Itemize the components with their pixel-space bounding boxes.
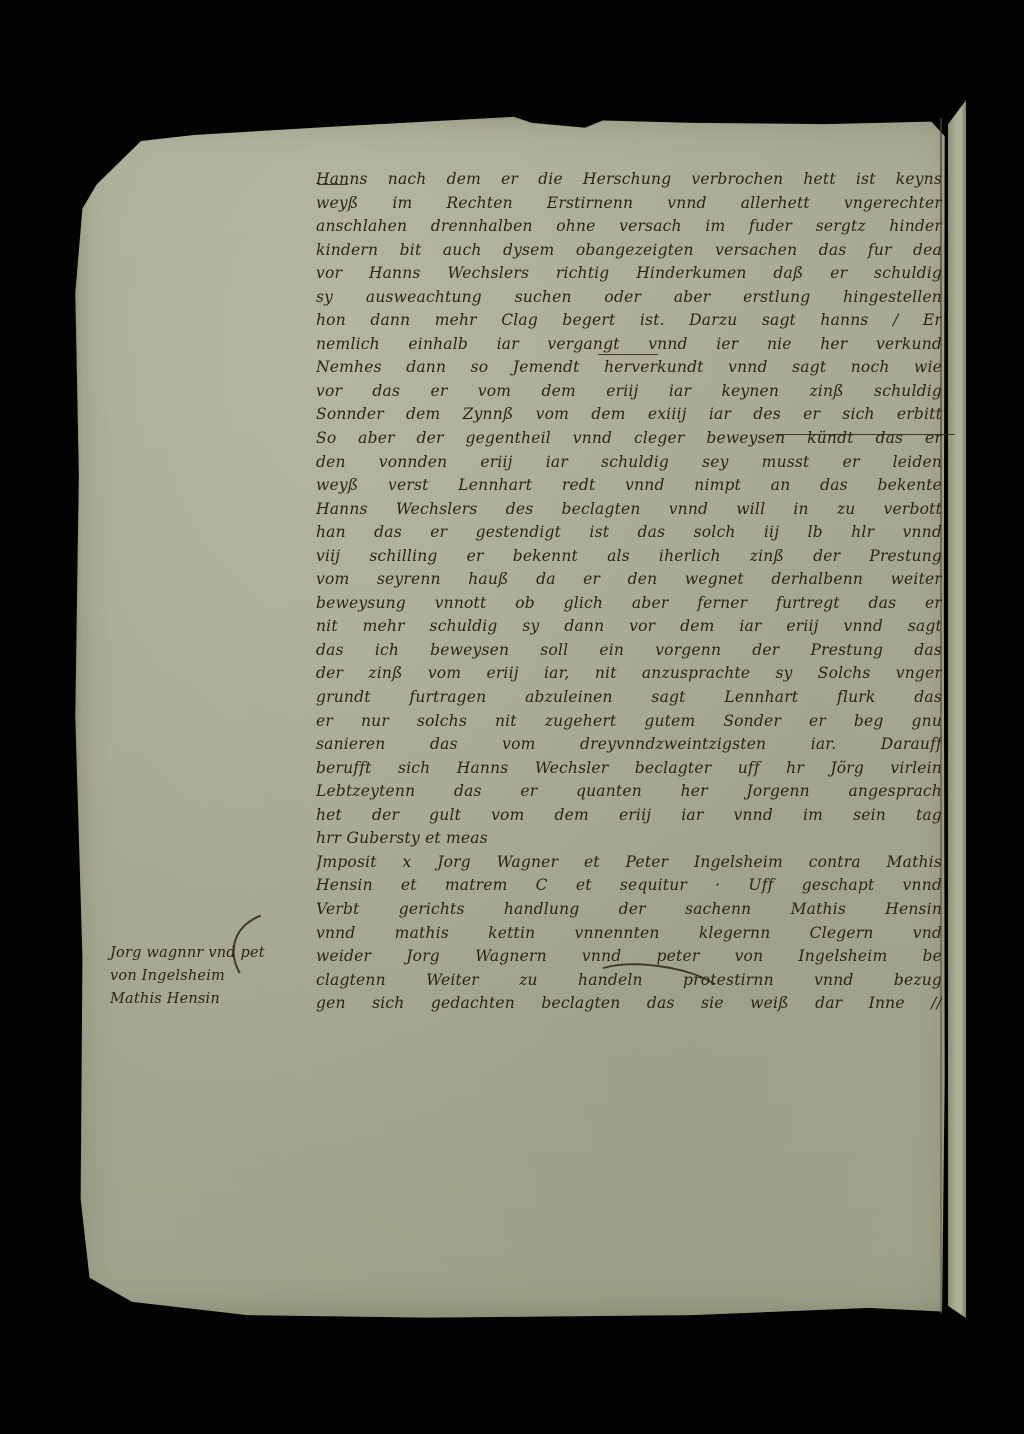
text-line: er nur solchs nit zugehert gutem Sonder … (316, 710, 942, 734)
text-line: vor Hanns Wechslers richtig Hinderkumen … (316, 262, 942, 286)
text-line: hon dann mehr Clag begert ist. Darzu sag… (316, 309, 942, 333)
text-line: das ich beweysen soll ein vorgenn der Pr… (316, 639, 942, 663)
text-line: Verbt gerichts handlung der sachenn Math… (316, 898, 942, 922)
facing-page-edge (948, 100, 966, 1318)
text-line: vor das er vom dem eriij iar keynen zinß… (316, 380, 942, 404)
text-line: vom seyrenn hauß da er den wegnet derhal… (316, 568, 942, 592)
text-line: hrr Gubersty et meas (316, 827, 942, 851)
text-line: berufft sich Hanns Wechsler beclagter uf… (316, 757, 942, 781)
text-line: Jmposit x Jorg Wagner et Peter Ingelshei… (316, 851, 942, 875)
text-line: der zinß vom eriij iar, nit anzusprachte… (316, 662, 942, 686)
text-line: Nemhes dann so Jemendt herverkundt vnnd … (316, 356, 942, 380)
text-line: Hanns Wechslers des beclagten vnnd will … (316, 498, 942, 522)
text-line: vnnd mathis kettin vnnennten klegernn Cl… (316, 922, 942, 946)
text-line: nemlich einhalb iar vergangt vnnd ier ni… (316, 333, 942, 357)
text-line: So aber der gegentheil vnnd cleger bewey… (316, 427, 942, 451)
text-line: Sonnder dem Zynnß vom dem exiiij iar des… (316, 403, 942, 427)
strike-line (598, 354, 658, 355)
text-line: anschlahen drennhalben ohne versach im f… (316, 215, 942, 239)
strike-line (318, 184, 348, 185)
text-line: den vonnden eriij iar schuldig sey musst… (316, 451, 942, 475)
text-line: kindern bit auch dysem obangezeigten ver… (316, 239, 942, 263)
text-line: Hensin et matrem C et sequitur · Uff ges… (316, 874, 942, 898)
text-line: weyß im Rechten Erstirnenn vnnd allerhet… (316, 192, 942, 216)
text-line: Lebtzeytenn das er quanten her Jorgenn a… (316, 780, 942, 804)
text-line: het der gult vom dem eriij iar vnnd im s… (316, 804, 942, 828)
text-line: sanieren das vom dreyvnndzweintzigsten i… (316, 733, 942, 757)
text-line: weyß verst Lennhart redt vnnd nimpt an d… (316, 474, 942, 498)
text-line: beweysung vnnott ob glich aber ferner fu… (316, 592, 942, 616)
text-line: nit mehr schuldig sy dann vor dem iar er… (316, 615, 942, 639)
text-line: sy ausweachtung suchen oder aber erstlun… (316, 286, 942, 310)
main-text-block: Hanns nach dem er die Herschung verbroch… (316, 168, 942, 1016)
text-line: viij schilling er bekennt als iherlich z… (316, 545, 942, 569)
text-line: han das er gestendigt ist das solch iij … (316, 521, 942, 545)
text-line: grundt furtragen abzuleinen sagt Lennhar… (316, 686, 942, 710)
text-line: Hanns nach dem er die Herschung verbroch… (316, 168, 942, 192)
strike-line (775, 434, 955, 435)
